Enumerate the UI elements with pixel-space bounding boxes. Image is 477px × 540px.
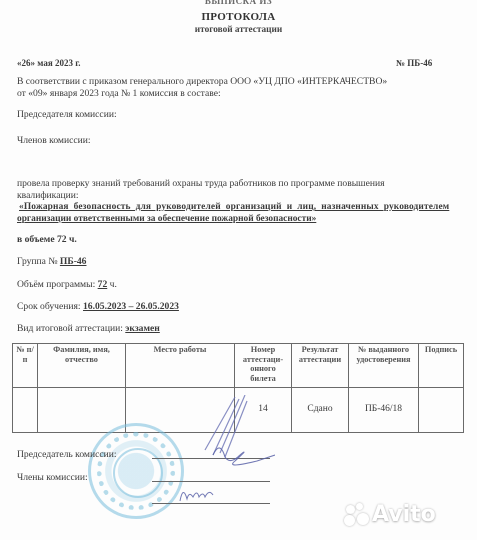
members-label: Членов комиссии: bbox=[17, 135, 91, 147]
protocol-number: № ПБ-46 bbox=[396, 57, 432, 69]
volume-unit: ч. bbox=[107, 279, 117, 290]
document-subtitle: итоговой аттестации bbox=[0, 25, 477, 35]
exam-value: экзамен bbox=[125, 323, 160, 334]
avito-logo-icon bbox=[344, 503, 370, 527]
volume-label: Объём программы: bbox=[17, 279, 98, 290]
col-header-number: № п/п bbox=[13, 344, 38, 388]
col-header-name: Фамилия, имя, отчество bbox=[38, 344, 126, 388]
col-header-result: Результат аттестации bbox=[292, 344, 349, 388]
col-header-signature: Подпись bbox=[419, 344, 464, 388]
cell-name bbox=[38, 388, 126, 433]
document-title: ПРОТОКОЛА bbox=[0, 11, 477, 23]
period-label: Срок обучения: bbox=[17, 301, 83, 312]
pre-title: ВЫПИСКА ИЗ bbox=[0, 0, 477, 6]
program-title-line-1: «Пожарная безопасность для руководителей… bbox=[19, 201, 449, 213]
intro-line-1: В соответствии с приказом генерального д… bbox=[17, 76, 387, 88]
check-line-1: провела проверку знаний требований охран… bbox=[17, 178, 385, 190]
cell-signature bbox=[419, 388, 464, 433]
group-row: Группа № ПБ-46 bbox=[17, 256, 86, 268]
group-value: ПБ-46 bbox=[60, 256, 87, 267]
cell-certificate: ПБ-46/18 bbox=[349, 388, 419, 433]
period-value: 16.05.2023 – 26.05.2023 bbox=[83, 301, 179, 312]
period-row: Срок обучения: 16.05.2023 – 26.05.2023 bbox=[17, 301, 179, 313]
exam-label: Вид итоговой аттестации: bbox=[17, 323, 125, 334]
volume-value: 72 bbox=[98, 279, 108, 290]
organization-stamp-icon bbox=[88, 423, 184, 519]
col-header-certificate: № выданного удостоверения bbox=[349, 344, 419, 388]
stamp-emblem bbox=[113, 448, 163, 498]
cell-number bbox=[13, 388, 38, 433]
protocol-date: «26» мая 2023 г. bbox=[17, 57, 81, 69]
members-signature-label: Члены комиссии: bbox=[17, 472, 88, 484]
chair-signature-label: Председатель комиссии: bbox=[17, 449, 117, 461]
cell-result: Сдано bbox=[292, 388, 349, 433]
avito-watermark: Avito bbox=[372, 502, 436, 527]
program-volume: в объеме 72 ч. bbox=[17, 234, 77, 246]
member-signature-line-1 bbox=[152, 481, 270, 482]
chair-label: Председателя комиссии: bbox=[17, 109, 117, 121]
table-header-row: № п/п Фамилия, имя, отчество Место работ… bbox=[13, 344, 464, 388]
group-label: Группа № bbox=[17, 256, 60, 267]
program-title-line-2: организации ответственными за обеспечени… bbox=[17, 213, 316, 225]
volume-row: Объём программы: 72 ч. bbox=[17, 279, 117, 291]
col-header-workplace: Место работы bbox=[126, 344, 235, 388]
chair-signature-icon bbox=[195, 395, 275, 475]
intro-line-2: от «09» января 2023 года № 1 комиссия в … bbox=[17, 88, 221, 100]
col-header-ticket: Номер аттестаци-онного билета bbox=[235, 344, 292, 388]
exam-row: Вид итоговой аттестации: экзамен bbox=[17, 323, 160, 335]
member-signature-icon bbox=[175, 483, 225, 505]
